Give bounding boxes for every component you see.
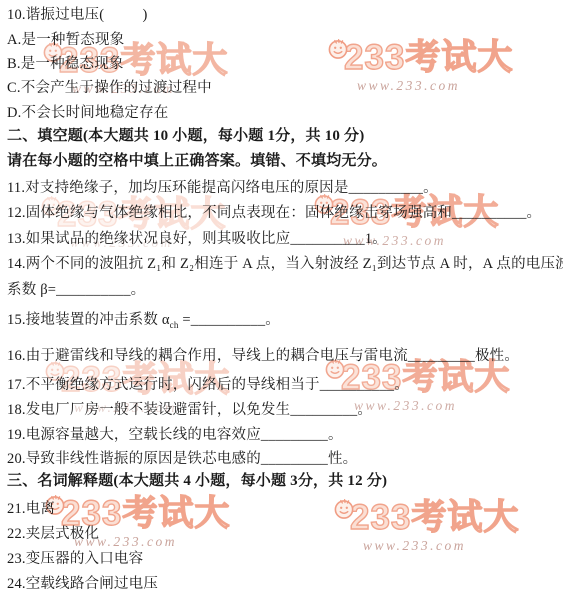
question-21: 21.电离 — [7, 501, 55, 518]
watermark-233: 233考试大 www.233.com — [337, 500, 519, 553]
question-15-subscript: ch — [170, 320, 179, 330]
exam-paper-page: 233考试大 www.233.com 233考试大 www.233.com 23… — [0, 0, 563, 597]
watermark-logo: 233考试大 — [331, 40, 513, 76]
watermark-233: 233考试大 www.233.com — [331, 40, 513, 93]
question-18: 18.发电厂厂房一般不装设避雷针，以免发生_________。 — [7, 402, 372, 419]
question-24: 24.空载线路合闸过电压 — [7, 576, 158, 593]
section-2-heading: 二、填空题(本大题共 10 小题，每小题 1分，共 10 分) — [7, 128, 364, 145]
question-10-stem: 10.谐振过电压( ) — [7, 7, 148, 24]
question-23: 23.变压器的入口电容 — [7, 551, 143, 568]
question-10-option-a: A.是一种暂态现象 — [7, 32, 124, 49]
question-15-text: 15.接地装置的冲击系数 α — [7, 312, 170, 328]
question-15-blank: =__________。 — [179, 312, 280, 328]
question-14-line-2: 系数 β=__________。 — [7, 282, 145, 299]
question-14-line-1: 14.两个不同的波阻抗 Z₁和 Z₂相连于 A 点，当入射波经 Z₁到达节点 A… — [7, 256, 563, 273]
question-19: 19.电源容量越大，空载长线的电容效应_________。 — [7, 427, 343, 444]
question-11: 11.对支持绝缘子，加均压环能提高闪络电压的原因是__________。 — [7, 180, 438, 197]
question-13: 13.如果试品的绝缘状况良好，则其吸收比应__________1。 — [7, 231, 387, 248]
smiley-icon — [326, 31, 350, 67]
question-10-option-d: D.不会长时间地稳定存在 — [7, 105, 169, 122]
question-12: 12.固体绝缘与气体绝缘相比，不同点表现在：固体绝缘击穿场强高和________… — [7, 205, 541, 222]
question-16: 16.由于避雷线和导线的耦合作用，导线上的耦合电压与雷电流_________极性… — [7, 348, 519, 365]
watermark-logo-text: 233考试大 — [344, 38, 513, 77]
watermark-url: www.233.com — [331, 78, 513, 93]
watermark-logo: 233考试大 — [337, 500, 519, 536]
question-15: 15.接地装置的冲击系数 αch =__________。 — [7, 312, 280, 329]
section-3-heading: 三、名词解释题(本大题共 4 小题，每小题 3分，共 12 分) — [7, 473, 387, 490]
question-10-option-c: C.不会产生于操作的过渡过程中 — [7, 80, 212, 97]
watermark-logo-text: 233考试大 — [350, 498, 519, 537]
smiley-icon — [332, 491, 356, 527]
question-10-option-b: B.是一种稳态现象 — [7, 56, 124, 73]
watermark-url: www.233.com — [337, 538, 519, 553]
section-2-instruction: 请在每小题的空格中填上正确答案。填错、不填均无分。 — [7, 153, 387, 170]
question-20: 20.导致非线性谐振的原因是铁芯电感的_________性。 — [7, 451, 357, 468]
question-17: 17.不平衡绝缘方式运行时，闪络后的导线相当于__________。 — [7, 377, 409, 394]
question-22: 22.夹层式极化 — [7, 526, 99, 543]
